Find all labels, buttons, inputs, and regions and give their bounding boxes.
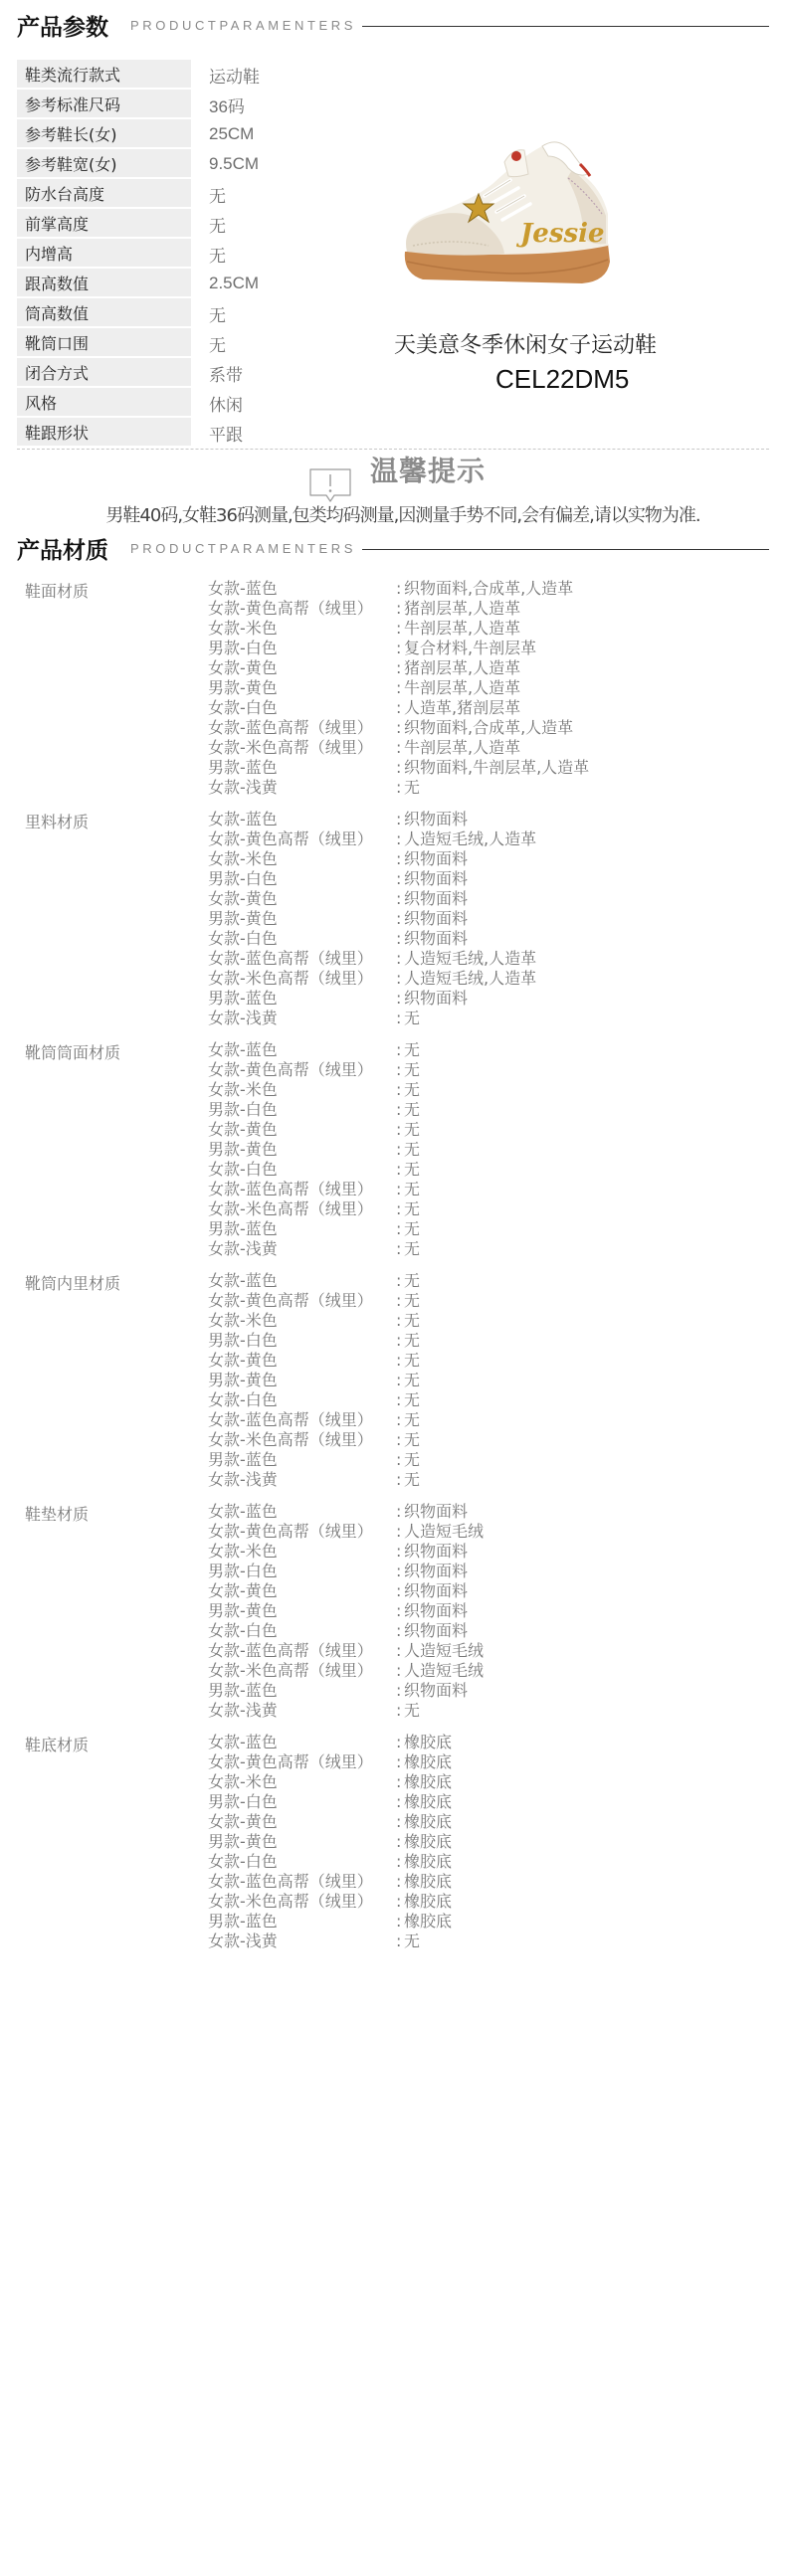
material-value: 橡胶底 (404, 1752, 452, 1772)
material-separator: : (396, 1681, 404, 1701)
material-separator: : (396, 1120, 404, 1140)
param-label: 闭合方式 (17, 358, 191, 386)
params-section-title: 产品参数 (17, 9, 108, 42)
material-value: 无 (404, 1371, 420, 1390)
material-rows: 女款-蓝色:无女款-黄色高帮（绒里）:无女款-米色:无男款-白色:无女款-黄色:… (208, 1271, 786, 1490)
material-variant: 女款-米色 (208, 849, 396, 869)
param-label: 靴筒口围 (17, 328, 191, 356)
material-variant: 女款-蓝色高帮（绒里） (208, 1180, 396, 1199)
material-row: 女款-白色:无 (208, 1160, 786, 1180)
material-variant: 女款-黄色 (208, 1120, 396, 1140)
material-variant: 女款-黄色高帮（绒里） (208, 829, 396, 849)
material-variant: 女款-白色 (208, 698, 396, 718)
material-group: 靴筒内里材质女款-蓝色:无女款-黄色高帮（绒里）:无女款-米色:无男款-白色:无… (0, 1271, 786, 1490)
material-value: 织物面料 (404, 929, 468, 949)
material-value: 无 (404, 1060, 420, 1080)
material-separator: : (396, 1371, 404, 1390)
material-value: 无 (404, 1351, 420, 1371)
material-value: 人造短毛绒,人造革 (404, 949, 536, 969)
material-value: 织物面料 (404, 1581, 468, 1601)
material-row: 女款-米色:织物面料 (208, 1542, 786, 1562)
material-row: 男款-蓝色:织物面料 (208, 989, 786, 1009)
material-separator: : (396, 1430, 404, 1450)
material-group: 鞋底材质女款-蓝色:橡胶底女款-黄色高帮（绒里）:橡胶底女款-米色:橡胶底男款-… (0, 1733, 786, 1951)
material-value: 橡胶底 (404, 1792, 452, 1812)
param-label: 鞋跟形状 (17, 418, 191, 446)
material-row: 女款-蓝色高帮（绒里）:橡胶底 (208, 1872, 786, 1892)
material-separator: : (396, 1792, 404, 1812)
material-variant: 女款-蓝色高帮（绒里） (208, 1641, 396, 1661)
material-separator: : (396, 1219, 404, 1239)
material-separator: : (396, 1331, 404, 1351)
param-value: 无 (191, 239, 226, 269)
material-variant: 男款-蓝色 (208, 1912, 396, 1932)
material-row: 女款-黄色:无 (208, 1120, 786, 1140)
material-variant: 女款-白色 (208, 1160, 396, 1180)
material-separator: : (396, 1581, 404, 1601)
material-separator: : (396, 1180, 404, 1199)
product-name: 天美意冬季休闲女子运动鞋 (394, 328, 692, 359)
material-variant: 男款-白色 (208, 869, 396, 889)
material-value: 织物面料 (404, 869, 468, 889)
material-row: 男款-白色:无 (208, 1100, 786, 1120)
material-separator: : (396, 1291, 404, 1311)
material-row: 女款-米色高帮（绒里）:无 (208, 1199, 786, 1219)
material-variant: 女款-浅黄 (208, 778, 396, 798)
material-rows: 女款-蓝色:织物面料女款-黄色高帮（绒里）:人造短毛绒,人造革女款-米色:织物面… (208, 810, 786, 1028)
material-value: 无 (404, 1009, 420, 1028)
material-value: 织物面料 (404, 909, 468, 929)
material-value: 无 (404, 1100, 420, 1120)
shoe-embroidery-text: Jessie (515, 219, 605, 249)
material-separator: : (396, 1060, 404, 1080)
material-value: 人造革,猪剖层革 (404, 698, 520, 718)
material-separator: : (396, 619, 404, 639)
material-value: 橡胶底 (404, 1872, 452, 1892)
material-row: 女款-米色高帮（绒里）:橡胶底 (208, 1892, 786, 1912)
material-separator: : (396, 579, 404, 599)
material-row: 男款-黄色:牛剖层革,人造革 (208, 678, 786, 698)
material-row: 女款-蓝色:织物面料 (208, 810, 786, 829)
param-label: 防水台高度 (17, 179, 191, 207)
material-variant: 女款-米色高帮（绒里） (208, 1199, 396, 1219)
material-row: 女款-蓝色高帮（绒里）:人造短毛绒,人造革 (208, 949, 786, 969)
material-rows: 女款-蓝色:织物面料,合成革,人造革女款-黄色高帮（绒里）:猪剖层革,人造革女款… (208, 579, 786, 798)
material-value: 无 (404, 1199, 420, 1219)
material-row: 男款-白色:无 (208, 1331, 786, 1351)
material-separator: : (396, 969, 404, 989)
materials-section-subtitle: PRODUCTPARAMENTERS (130, 541, 356, 556)
material-separator: : (396, 1562, 404, 1581)
material-separator: : (396, 738, 404, 758)
material-value: 无 (404, 1430, 420, 1450)
material-value: 无 (404, 1450, 420, 1470)
param-label: 筒高数值 (17, 298, 191, 326)
material-variant: 男款-蓝色 (208, 758, 396, 778)
material-variant: 女款-浅黄 (208, 1932, 396, 1951)
material-separator: : (396, 849, 404, 869)
material-separator: : (396, 1450, 404, 1470)
material-separator: : (396, 1239, 404, 1259)
material-variant: 女款-蓝色 (208, 1502, 396, 1522)
material-value: 牛剖层革,人造革 (404, 619, 520, 639)
material-row: 男款-白色:复合材料,牛剖层革 (208, 639, 786, 658)
material-row: 女款-黄色:橡胶底 (208, 1812, 786, 1832)
material-variant: 女款-浅黄 (208, 1701, 396, 1721)
material-value: 无 (404, 1701, 420, 1721)
material-variant: 女款-米色 (208, 1542, 396, 1562)
material-separator: : (396, 1812, 404, 1832)
material-group-label: 靴筒内里材质 (25, 1271, 120, 1294)
material-row: 女款-黄色高帮（绒里）:人造短毛绒,人造革 (208, 829, 786, 849)
material-variant: 男款-白色 (208, 1331, 396, 1351)
material-variant: 女款-黄色高帮（绒里） (208, 1752, 396, 1772)
material-row: 女款-黄色高帮（绒里）:无 (208, 1291, 786, 1311)
material-row: 女款-黄色高帮（绒里）:猪剖层革,人造革 (208, 599, 786, 619)
material-row: 女款-白色:织物面料 (208, 1621, 786, 1641)
material-variant: 男款-蓝色 (208, 1219, 396, 1239)
material-row: 女款-蓝色:无 (208, 1271, 786, 1291)
material-separator: : (396, 1351, 404, 1371)
material-row: 女款-黄色:织物面料 (208, 1581, 786, 1601)
material-variant: 女款-蓝色高帮（绒里） (208, 1410, 396, 1430)
material-row: 女款-白色:无 (208, 1390, 786, 1410)
material-value: 无 (404, 778, 420, 798)
material-variant: 男款-蓝色 (208, 1681, 396, 1701)
material-value: 无 (404, 1410, 420, 1430)
material-row: 女款-蓝色高帮（绒里）:人造短毛绒 (208, 1641, 786, 1661)
material-separator: : (396, 1852, 404, 1872)
param-label: 参考鞋长(女) (17, 119, 191, 147)
material-variant: 男款-白色 (208, 639, 396, 658)
material-separator: : (396, 1641, 404, 1661)
param-label: 参考标准尺码 (17, 90, 191, 117)
material-value: 无 (404, 1040, 420, 1060)
material-row: 女款-米色:织物面料 (208, 849, 786, 869)
material-variant: 女款-蓝色 (208, 1040, 396, 1060)
material-variant: 女款-黄色 (208, 1581, 396, 1601)
material-row: 女款-蓝色:织物面料,合成革,人造革 (208, 579, 786, 599)
material-separator: : (396, 810, 404, 829)
material-value: 无 (404, 1219, 420, 1239)
material-value: 织物面料 (404, 1562, 468, 1581)
material-row: 女款-黄色:织物面料 (208, 889, 786, 909)
material-variant: 女款-黄色高帮（绒里） (208, 1291, 396, 1311)
params-section-subtitle: PRODUCTPARAMENTERS (130, 18, 356, 33)
material-value: 织物面料 (404, 889, 468, 909)
material-separator: : (396, 1040, 404, 1060)
material-variant: 女款-浅黄 (208, 1009, 396, 1028)
material-separator: : (396, 1542, 404, 1562)
param-row: 靴筒口围无 (17, 328, 375, 358)
material-row: 男款-白色:橡胶底 (208, 1792, 786, 1812)
material-variant: 男款-黄色 (208, 1601, 396, 1621)
material-separator: : (396, 1502, 404, 1522)
material-variant: 女款-白色 (208, 1390, 396, 1410)
product-model: CEL22DM5 (495, 364, 629, 395)
material-value: 无 (404, 1311, 420, 1331)
material-variant: 女款-米色高帮（绒里） (208, 1430, 396, 1450)
param-row: 跟高数值2.5CM (17, 269, 375, 298)
material-separator: : (396, 1872, 404, 1892)
material-value: 无 (404, 1291, 420, 1311)
params-table: 鞋类流行款式运动鞋 参考标准尺码36码 参考鞋长(女)25CM 参考鞋宽(女)9… (17, 60, 375, 448)
param-value: 无 (191, 298, 226, 328)
material-separator: : (396, 698, 404, 718)
param-value: 36码 (191, 90, 245, 119)
material-value: 橡胶底 (404, 1852, 452, 1872)
param-row: 前掌高度无 (17, 209, 375, 239)
material-separator: : (396, 1080, 404, 1100)
material-variant: 男款-蓝色 (208, 989, 396, 1009)
material-variant: 女款-黄色高帮（绒里） (208, 1522, 396, 1542)
materials-section-title: 产品材质 (17, 532, 108, 565)
material-value: 橡胶底 (404, 1832, 452, 1852)
material-row: 男款-蓝色:橡胶底 (208, 1912, 786, 1932)
material-value: 橡胶底 (404, 1912, 452, 1932)
material-value: 织物面料 (404, 1502, 468, 1522)
material-row: 男款-蓝色:织物面料,牛剖层革,人造革 (208, 758, 786, 778)
material-variant: 女款-浅黄 (208, 1470, 396, 1490)
exclamation-speech-bubble-icon (308, 467, 352, 503)
material-value: 织物面料 (404, 849, 468, 869)
material-separator: : (396, 1470, 404, 1490)
material-rows: 女款-蓝色:橡胶底女款-黄色高帮（绒里）:橡胶底女款-米色:橡胶底男款-白色:橡… (208, 1733, 786, 1951)
material-value: 织物面料 (404, 1542, 468, 1562)
material-variant: 女款-米色 (208, 1080, 396, 1100)
materials-list: 鞋面材质女款-蓝色:织物面料,合成革,人造革女款-黄色高帮（绒里）:猪剖层革,人… (0, 579, 786, 1963)
material-separator: : (396, 1271, 404, 1291)
material-variant: 女款-白色 (208, 1852, 396, 1872)
material-separator: : (396, 778, 404, 798)
material-separator: : (396, 758, 404, 778)
material-separator: : (396, 949, 404, 969)
material-variant: 女款-黄色 (208, 1351, 396, 1371)
material-value: 牛剖层革,人造革 (404, 678, 520, 698)
material-value: 织物面料,牛剖层革,人造革 (404, 758, 589, 778)
param-value: 运动鞋 (191, 60, 260, 90)
material-separator: : (396, 1701, 404, 1721)
param-row: 鞋跟形状平跟 (17, 418, 375, 448)
material-variant: 女款-蓝色高帮（绒里） (208, 1872, 396, 1892)
material-row: 女款-浅黄:无 (208, 1009, 786, 1028)
param-row: 参考标准尺码36码 (17, 90, 375, 119)
material-row: 男款-黄色:织物面料 (208, 1601, 786, 1621)
material-separator: : (396, 1932, 404, 1951)
material-separator: : (396, 889, 404, 909)
param-row: 内增高无 (17, 239, 375, 269)
material-value: 织物面料 (404, 810, 468, 829)
material-variant: 男款-蓝色 (208, 1450, 396, 1470)
material-row: 男款-黄色:无 (208, 1140, 786, 1160)
param-row: 闭合方式系带 (17, 358, 375, 388)
material-row: 男款-白色:织物面料 (208, 1562, 786, 1581)
tip-title: 温馨提示 (370, 450, 486, 489)
material-separator: : (396, 989, 404, 1009)
material-separator: : (396, 1733, 404, 1752)
material-group: 鞋垫材质女款-蓝色:织物面料女款-黄色高帮（绒里）:人造短毛绒女款-米色:织物面… (0, 1502, 786, 1721)
material-value: 橡胶底 (404, 1892, 452, 1912)
material-value: 人造短毛绒 (404, 1522, 484, 1542)
param-row: 鞋类流行款式运动鞋 (17, 60, 375, 90)
material-variant: 女款-米色高帮（绒里） (208, 969, 396, 989)
material-value: 橡胶底 (404, 1772, 452, 1792)
material-separator: : (396, 1892, 404, 1912)
material-value: 猪剖层革,人造革 (404, 599, 520, 619)
material-separator: : (396, 639, 404, 658)
material-value: 无 (404, 1932, 420, 1951)
material-row: 女款-蓝色:无 (208, 1040, 786, 1060)
material-value: 复合材料,牛剖层革 (404, 639, 536, 658)
material-row: 女款-浅黄:无 (208, 778, 786, 798)
material-row: 女款-蓝色:织物面料 (208, 1502, 786, 1522)
material-row: 女款-浅黄:无 (208, 1470, 786, 1490)
material-separator: : (396, 1522, 404, 1542)
material-separator: : (396, 599, 404, 619)
header-rule (362, 549, 769, 550)
param-value: 系带 (191, 358, 243, 388)
material-variant: 女款-黄色高帮（绒里） (208, 599, 396, 619)
material-value: 织物面料 (404, 1621, 468, 1641)
material-separator: : (396, 1160, 404, 1180)
material-row: 女款-白色:织物面料 (208, 929, 786, 949)
material-variant: 男款-黄色 (208, 1140, 396, 1160)
material-variant: 男款-白色 (208, 1100, 396, 1120)
material-separator: : (396, 929, 404, 949)
material-row: 女款-浅黄:无 (208, 1239, 786, 1259)
material-variant: 男款-黄色 (208, 678, 396, 698)
material-separator: : (396, 1621, 404, 1641)
material-row: 女款-黄色高帮（绒里）:人造短毛绒 (208, 1522, 786, 1542)
material-row: 女款-蓝色高帮（绒里）:无 (208, 1180, 786, 1199)
material-variant: 女款-蓝色高帮（绒里） (208, 949, 396, 969)
param-value: 无 (191, 328, 226, 358)
material-value: 人造短毛绒,人造革 (404, 829, 536, 849)
material-value: 无 (404, 1120, 420, 1140)
header-rule (362, 26, 769, 27)
material-separator: : (396, 1311, 404, 1331)
material-rows: 女款-蓝色:无女款-黄色高帮（绒里）:无女款-米色:无男款-白色:无女款-黄色:… (208, 1040, 786, 1259)
material-separator: : (396, 1832, 404, 1852)
material-group-label: 鞋面材质 (25, 579, 89, 602)
material-variant: 女款-蓝色 (208, 579, 396, 599)
material-row: 男款-黄色:橡胶底 (208, 1832, 786, 1852)
material-row: 女款-蓝色高帮（绒里）:织物面料,合成革,人造革 (208, 718, 786, 738)
param-row: 风格休闲 (17, 388, 375, 418)
params-section-header: 产品参数 PRODUCTPARAMENTERS (17, 8, 769, 42)
material-value: 人造短毛绒,人造革 (404, 969, 536, 989)
material-group-label: 鞋垫材质 (25, 1502, 89, 1525)
material-row: 女款-黄色:无 (208, 1351, 786, 1371)
material-variant: 男款-黄色 (208, 1371, 396, 1390)
material-variant: 女款-浅黄 (208, 1239, 396, 1259)
material-variant: 女款-黄色 (208, 658, 396, 678)
material-separator: : (396, 718, 404, 738)
material-value: 无 (404, 1160, 420, 1180)
material-row: 女款-黄色高帮（绒里）:橡胶底 (208, 1752, 786, 1772)
param-value: 25CM (191, 119, 254, 149)
material-value: 橡胶底 (404, 1812, 452, 1832)
material-row: 女款-黄色:猪剖层革,人造革 (208, 658, 786, 678)
material-variant: 女款-黄色高帮（绒里） (208, 1060, 396, 1080)
material-separator: : (396, 1772, 404, 1792)
material-value: 牛剖层革,人造革 (404, 738, 520, 758)
param-value: 9.5CM (191, 149, 259, 179)
material-row: 女款-米色高帮（绒里）:人造短毛绒 (208, 1661, 786, 1681)
param-value: 无 (191, 179, 226, 209)
material-group-label: 靴筒筒面材质 (25, 1040, 120, 1063)
material-separator: : (396, 1140, 404, 1160)
material-value: 无 (404, 1239, 420, 1259)
material-group: 里料材质女款-蓝色:织物面料女款-黄色高帮（绒里）:人造短毛绒,人造革女款-米色… (0, 810, 786, 1028)
param-value: 平跟 (191, 418, 243, 448)
material-separator: : (396, 678, 404, 698)
material-row: 女款-蓝色:橡胶底 (208, 1733, 786, 1752)
material-value: 无 (404, 1180, 420, 1199)
material-group: 靴筒筒面材质女款-蓝色:无女款-黄色高帮（绒里）:无女款-米色:无男款-白色:无… (0, 1040, 786, 1259)
material-variant: 女款-蓝色 (208, 1733, 396, 1752)
material-variant: 男款-黄色 (208, 1832, 396, 1852)
material-rows: 女款-蓝色:织物面料女款-黄色高帮（绒里）:人造短毛绒女款-米色:织物面料男款-… (208, 1502, 786, 1721)
material-variant: 男款-黄色 (208, 909, 396, 929)
material-variant: 女款-蓝色 (208, 810, 396, 829)
material-value: 人造短毛绒 (404, 1661, 484, 1681)
param-value: 无 (191, 209, 226, 239)
material-variant: 女款-米色高帮（绒里） (208, 738, 396, 758)
param-row: 筒高数值无 (17, 298, 375, 328)
param-label: 跟高数值 (17, 269, 191, 296)
param-row: 参考鞋长(女)25CM (17, 119, 375, 149)
param-label: 参考鞋宽(女) (17, 149, 191, 177)
material-variant: 女款-蓝色 (208, 1271, 396, 1291)
material-row: 男款-白色:织物面料 (208, 869, 786, 889)
material-row: 女款-米色高帮（绒里）:牛剖层革,人造革 (208, 738, 786, 758)
param-label: 鞋类流行款式 (17, 60, 191, 88)
material-group-label: 鞋底材质 (25, 1733, 89, 1755)
material-value: 猪剖层革,人造革 (404, 658, 520, 678)
material-separator: : (396, 658, 404, 678)
param-row: 防水台高度无 (17, 179, 375, 209)
material-separator: : (396, 829, 404, 849)
material-variant: 女款-米色 (208, 1311, 396, 1331)
material-value: 无 (404, 1080, 420, 1100)
material-variant: 女款-白色 (208, 1621, 396, 1641)
material-value: 橡胶底 (404, 1733, 452, 1752)
material-row: 女款-黄色高帮（绒里）:无 (208, 1060, 786, 1080)
material-group: 鞋面材质女款-蓝色:织物面料,合成革,人造革女款-黄色高帮（绒里）:猪剖层革,人… (0, 579, 786, 798)
material-variant: 女款-米色 (208, 1772, 396, 1792)
material-row: 女款-米色:无 (208, 1311, 786, 1331)
material-row: 女款-浅黄:无 (208, 1701, 786, 1721)
param-row: 参考鞋宽(女)9.5CM (17, 149, 375, 179)
material-separator: : (396, 1601, 404, 1621)
material-separator: : (396, 1912, 404, 1932)
material-row: 男款-蓝色:无 (208, 1219, 786, 1239)
material-row: 女款-米色:橡胶底 (208, 1772, 786, 1792)
material-row: 女款-米色:牛剖层革,人造革 (208, 619, 786, 639)
material-separator: : (396, 909, 404, 929)
material-row: 女款-米色高帮（绒里）:人造短毛绒,人造革 (208, 969, 786, 989)
material-row: 男款-黄色:无 (208, 1371, 786, 1390)
param-value: 休闲 (191, 388, 243, 418)
material-variant: 女款-黄色 (208, 1812, 396, 1832)
material-separator: : (396, 1390, 404, 1410)
material-value: 无 (404, 1140, 420, 1160)
materials-section-header: 产品材质 PRODUCTPARAMENTERS (17, 531, 769, 565)
material-variant: 女款-蓝色高帮（绒里） (208, 718, 396, 738)
material-value: 无 (404, 1390, 420, 1410)
material-value: 无 (404, 1470, 420, 1490)
